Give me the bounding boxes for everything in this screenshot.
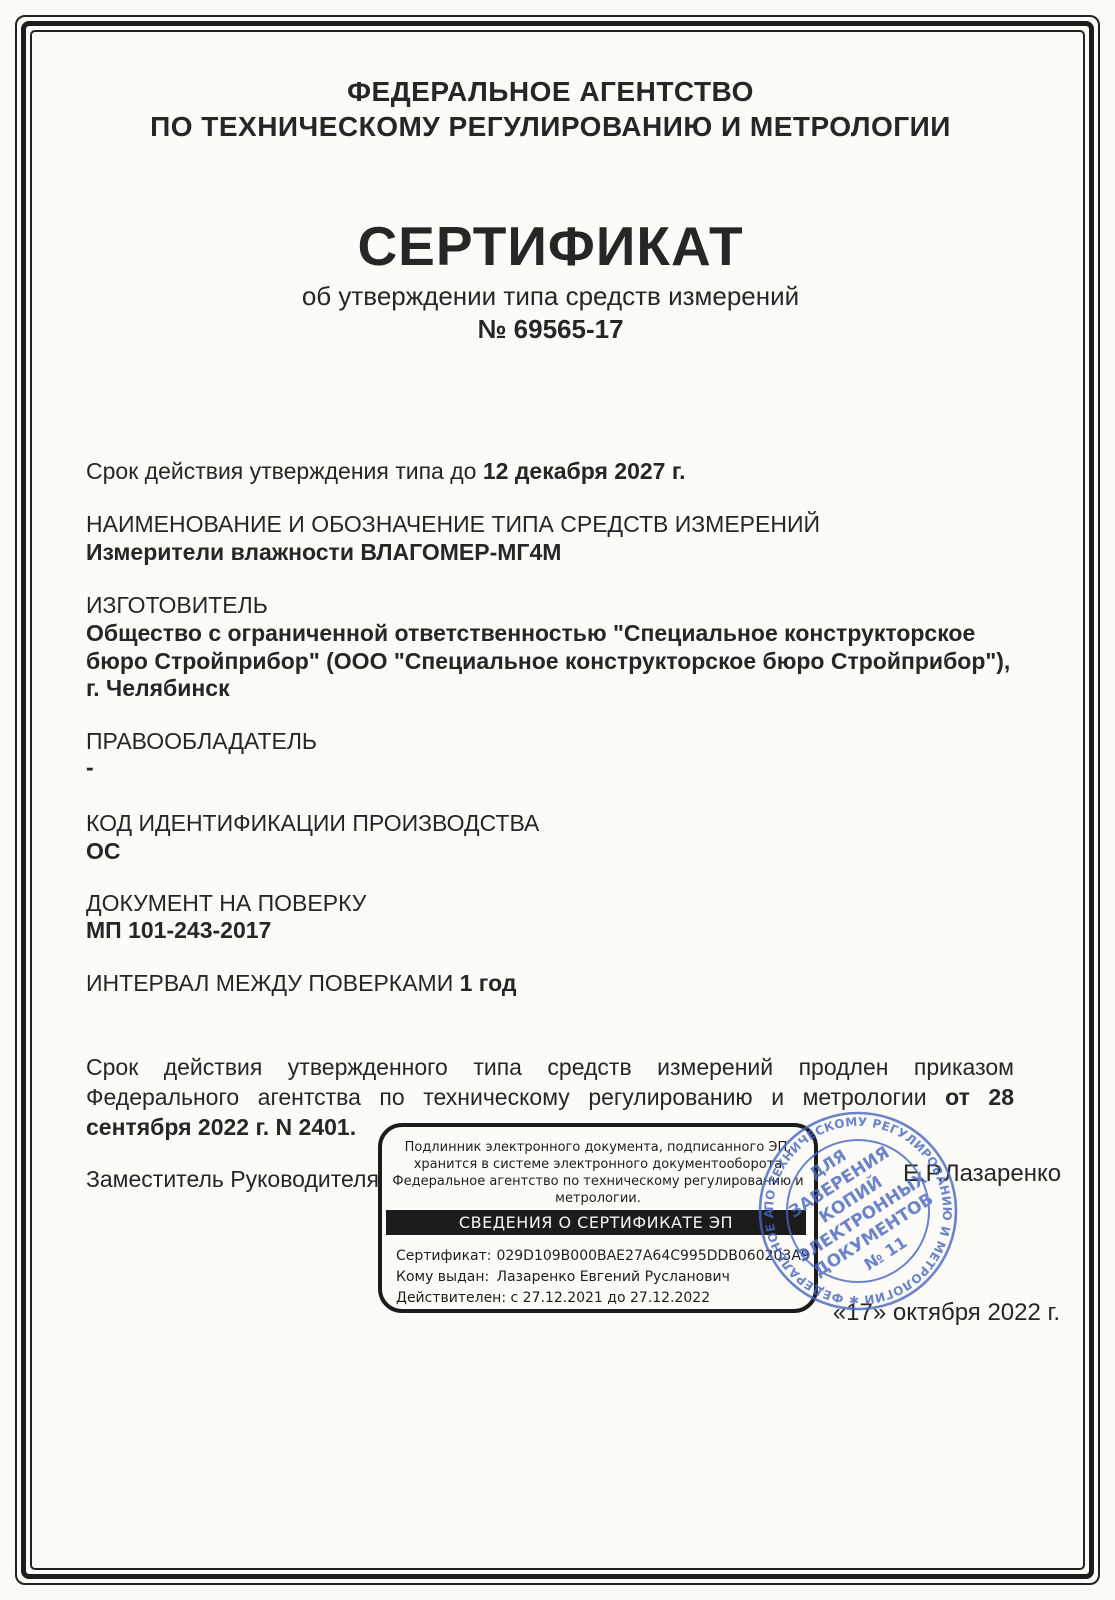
esign-row-valid: Действителен: с 27.12.2021 до 27.12.2022: [396, 1288, 814, 1309]
verification-doc-value: МП 101-243-2017: [86, 917, 1015, 944]
esign-rows: Сертификат: 029D109B000BAE27A64C995DDB06…: [396, 1246, 814, 1309]
certificate-title: СЕРТИФИКАТ: [86, 214, 1015, 278]
esign-box: Подлинник электронного документа, подпис…: [378, 1123, 818, 1313]
validity-line: Срок действия утверждения типа до 12 дек…: [86, 458, 1015, 485]
esign-bar-title: СВЕДЕНИЯ О СЕРТИФИКАТЕ ЭП: [386, 1210, 806, 1235]
manufacturer-label: ИЗГОТОВИТЕЛЬ: [86, 592, 1015, 619]
rights-holder-label: ПРАВООБЛАДАТЕЛЬ: [86, 728, 1015, 755]
esign-cert-value: 029D109B000BAE27A64C995DDB060203A9: [496, 1248, 809, 1264]
certificate-subtitle: об утверждении типа средств измерений: [86, 281, 1015, 312]
agency-header-line1: ФЕДЕРАЛЬНОЕ АГЕНТСТВО: [86, 74, 1015, 109]
esign-issued-value: Лазаренко Евгений Русланович: [496, 1269, 729, 1285]
esign-notice: Подлинник электронного документа, подпис…: [392, 1139, 804, 1207]
extension-text: Срок действия утвержденного типа средств…: [86, 1054, 1014, 1110]
signature-date: «17» октября 2022 г.: [820, 1299, 1060, 1327]
manufacturer-value: Общество с ограниченной ответственностью…: [86, 620, 1011, 703]
validity-value: 12 декабря 2027 г.: [483, 458, 686, 484]
certificate-page: ФЕДЕРАЛЬНОЕ АГЕНТСТВО ПО ТЕХНИЧЕСКОМУ РЕ…: [0, 0, 1115, 1600]
interval-label: ИНТЕРВАЛ МЕЖДУ ПОВЕРКАМИ: [86, 970, 460, 996]
esign-valid-value: с 27.12.2021 до 27.12.2022: [511, 1290, 711, 1306]
interval-value: 1 год: [460, 970, 517, 996]
name-label: НАИМЕНОВАНИЕ И ОБОЗНАЧЕНИЕ ТИПА СРЕДСТВ …: [86, 511, 1015, 538]
esign-row-issued-to: Кому выдан: Лазаренко Евгений Русланович: [396, 1267, 814, 1288]
esign-valid-label: Действителен:: [396, 1288, 506, 1309]
signer-position: Заместитель Руководителя: [86, 1166, 379, 1193]
certificate-number: № 69565-17: [86, 314, 1015, 345]
esign-cert-label: Сертификат:: [396, 1246, 492, 1267]
name-value: Измерители влажности ВЛАГОМЕР-МГ4М: [86, 539, 1015, 566]
esign-issued-label: Кому выдан:: [396, 1267, 492, 1288]
agency-header-line2: ПО ТЕХНИЧЕСКОМУ РЕГУЛИРОВАНИЮ И МЕТРОЛОГ…: [86, 109, 1015, 144]
production-code-value: ОС: [86, 838, 1015, 865]
validity-label: Срок действия утверждения типа до: [86, 458, 483, 484]
esign-row-certificate: Сертификат: 029D109B000BAE27A64C995DDB06…: [396, 1246, 814, 1267]
production-code-label: КОД ИДЕНТИФИКАЦИИ ПРОИЗВОДСТВА: [86, 810, 1015, 837]
verification-doc-label: ДОКУМЕНТ НА ПОВЕРКУ: [86, 890, 1015, 917]
signer-name: Е.Р.Лазаренко: [903, 1160, 1061, 1188]
interval-line: ИНТЕРВАЛ МЕЖДУ ПОВЕРКАМИ 1 год: [86, 970, 1015, 997]
rights-holder-value: -: [86, 754, 1015, 781]
agency-header: ФЕДЕРАЛЬНОЕ АГЕНТСТВО ПО ТЕХНИЧЕСКОМУ РЕ…: [86, 74, 1015, 144]
